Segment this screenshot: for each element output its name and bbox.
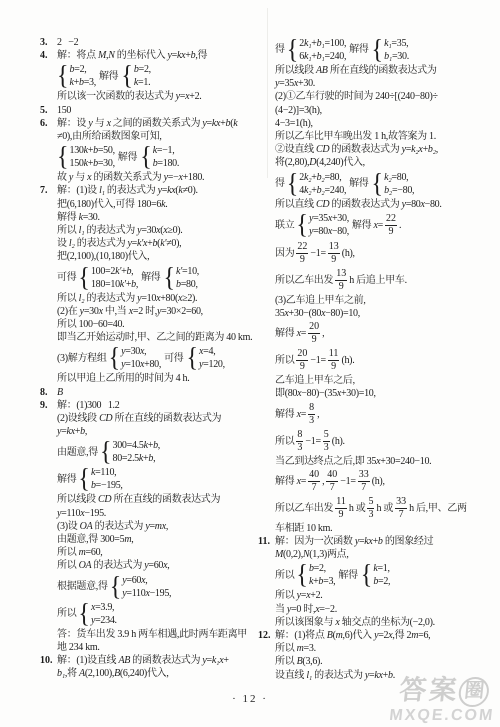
- watermark-char: 答: [398, 675, 431, 705]
- solution-line: 根据题意,得{y=60x,y=110x−195,: [57, 574, 254, 600]
- solution-line: 所以甲追上乙所用的时间为 4 h.: [57, 372, 254, 385]
- solution-line: 6.解：设 y 与 x 之间的函数关系式为 y=kx+b(k: [57, 117, 254, 130]
- left-brace-icon: {: [57, 143, 69, 171]
- fraction: 229: [385, 214, 397, 237]
- solution-line: 所以乙车出发119h 或53h 或337h 后,甲、乙两: [275, 495, 500, 522]
- fraction: 229: [296, 242, 308, 265]
- solution-line: 车相距 10 km.: [275, 522, 500, 535]
- solution-line: 35x+30−(80x−80)=10,: [275, 307, 500, 320]
- solution-line: 所以 100−60=40.: [57, 318, 254, 331]
- equation-system: 得{2k₁+b₁=100,6k₁+b₁=240,解得{k₁=35,b₁=30.: [275, 37, 409, 63]
- solution-line: 因为229−1=139(h),: [275, 240, 500, 267]
- left-brace-icon: {: [57, 63, 69, 91]
- left-brace-icon: {: [109, 345, 121, 373]
- equation-system: 所以{x=3.9,y=234.: [57, 601, 117, 627]
- item-number: 10.: [40, 654, 53, 667]
- solution-line: 12.解：(1)将点 B(m,6)代入 y=2x,得 2m=6,: [275, 629, 500, 642]
- solution-line: 所以83−1=53(h).: [275, 428, 500, 455]
- fraction: 53: [323, 430, 330, 453]
- answer-item: 得{2k₁+b₁=100,6k₁+b₁=240,解得{k₁=35,b₁=30.所…: [258, 37, 500, 535]
- solution-line: 乙车追上甲车之后,: [275, 374, 500, 387]
- item-number: 4.: [40, 49, 48, 62]
- equation-system: 得{2k₂+b₂=80,4k₂+b₂=240,解得{k₂=80,b₂=−80,: [275, 171, 414, 197]
- fraction: 209: [308, 322, 320, 345]
- fraction: 139: [328, 242, 340, 265]
- fraction: 337: [395, 497, 407, 520]
- left-brace-icon: {: [110, 573, 122, 601]
- item-number: 3.: [40, 36, 48, 49]
- solution-line: 所以209−1=119(h).: [275, 347, 500, 374]
- solution-line: 由题意,得 300=5m,: [57, 533, 254, 546]
- item-number: 9.: [40, 399, 48, 412]
- solution-line: 10.解：(1)设直线 AB 的函数表达式为 y=k₁x+: [57, 654, 254, 667]
- solution-line: 由题意,得{300=4.5k+b,80=2.5k+b,: [57, 439, 254, 465]
- solution-line: 所以{b=2,k+b=3,解得{k=1,b=2,: [275, 562, 500, 588]
- item-number: 12.: [258, 629, 271, 642]
- left-brace-icon: {: [78, 600, 90, 628]
- answer-item: 12.解：(1)将点 B(m,6)代入 y=2x,得 2m=6,所以 m=3.所…: [258, 629, 500, 682]
- answer-item: 5.150: [40, 104, 254, 117]
- solution-line: 解得 x=407,407−1=337(h),: [275, 468, 500, 495]
- solution-line: 地 234 km.: [57, 641, 254, 654]
- watermark: 答案圈 MXQE.COM: [388, 675, 498, 725]
- solution-line: 故 y 与 x 的函数关系式为 y=−x+180.: [57, 171, 254, 184]
- page-number: · 12 ·: [232, 693, 268, 705]
- equation-system: 解得{k=110,b=−195,: [57, 466, 123, 492]
- answer-item: 3.2 −2: [40, 36, 254, 49]
- solution-line: ②设直线 CD 的函数表达式为 y=k₂x+b₂,: [275, 143, 500, 156]
- solution-line: 所以 B(3,6).: [275, 655, 500, 668]
- page: 3.2 −24.解：将点 M,N 的坐标代入 y=kx+b,得{b=2,k+b=…: [0, 0, 500, 727]
- solution-line: {130k+b=50,150k+b=30,解得{k=−1,b=180.: [57, 144, 254, 170]
- equation-system: 根据题意,得{y=60x,y=110x−195,: [57, 574, 171, 600]
- solution-line: 所以 y=x+2.: [275, 589, 500, 602]
- solution-line: ≠0),由所给函数图象可知,: [57, 130, 254, 143]
- fraction: 53: [367, 497, 374, 520]
- solution-line: b₁,将 A(2,100),B(6,240)代入,: [57, 667, 254, 680]
- solution-line: 联立{y=35x+30,y=80x−80,解得 x=229.: [275, 212, 500, 239]
- solution-line: M(0,2),N(1,3)两点,: [275, 548, 500, 561]
- solution-line: 所以直线 CD 的函数表达式为 y=80x−80.: [275, 198, 500, 211]
- solution-line: 9.解：(1)300 1.2: [57, 399, 254, 412]
- item-number: 7.: [40, 184, 48, 197]
- equation-system: 联立{y=35x+30,y=80x−80,解得 x=229.: [275, 212, 404, 239]
- solution-line: 解得 x=209,: [275, 320, 500, 347]
- equation-system: {130k+b=50,150k+b=30,解得{k=−1,b=180.: [57, 144, 179, 170]
- solution-line: 把(6,180)代入,可得 180=6k.: [57, 198, 254, 211]
- left-brace-icon: {: [287, 170, 299, 198]
- equation-system: {b=2,k+b=3,解得{b=2,k=1.: [57, 63, 151, 89]
- solution-line: 所以 l₂ 的表达式为 y=10x+80(x≥2).: [57, 292, 254, 305]
- left-brace-icon: {: [186, 345, 198, 373]
- solution-line: 所以{x=3.9,y=234.: [57, 601, 254, 627]
- left-brace-icon: {: [372, 170, 384, 198]
- left-brace-icon: {: [78, 264, 90, 292]
- solution-line: 所以该一次函数的表达式为 y=x+2.: [57, 90, 254, 103]
- fraction: 119: [335, 497, 347, 520]
- solution-line: 所以 OA 的表达式为 y=60x,: [57, 559, 254, 572]
- fraction: 83: [296, 430, 303, 453]
- column-right: 得{2k₁+b₁=100,6k₁+b₁=240,解得{k₁=35,b₁=30.所…: [258, 36, 500, 682]
- fraction: 119: [328, 349, 340, 372]
- left-brace-icon: {: [121, 63, 133, 91]
- left-brace-icon: {: [100, 439, 112, 467]
- left-brace-icon: {: [296, 562, 308, 590]
- solution-line: {b=2,k+b=3,解得{b=2,k=1.: [57, 63, 254, 89]
- answer-item: 6.解：设 y 与 x 之间的函数关系式为 y=kx+b(k≠0),由所给函数图…: [40, 117, 254, 185]
- solution-line: (3)解方程组{y=30x,y=10x+80,可得{x=4,y=120,: [57, 345, 254, 371]
- answer-item: 11.解：因为一次函数 y=kx+b 的图象经过M(0,2),N(1,3)两点,…: [258, 535, 500, 629]
- solution-line: 当 y=0 时,x=−2.: [275, 603, 500, 616]
- left-brace-icon: {: [163, 264, 175, 292]
- solution-line: y=110x−195.: [57, 507, 254, 520]
- solution-line: 4−3=1(h),: [275, 117, 500, 130]
- solution-line: 所以 m=3.: [275, 642, 500, 655]
- fraction: 407: [326, 470, 338, 493]
- solution-line: 4.解：将点 M,N 的坐标代入 y=kx+b,得: [57, 49, 254, 62]
- fraction: 407: [308, 470, 320, 493]
- solution-line: 所以乙车出发139h 后追上甲车.: [275, 267, 500, 294]
- solution-line: (3)乙车追上甲车之前,: [275, 294, 500, 307]
- solution-line: (3)设 OA 的表达式为 y=mx,: [57, 520, 254, 533]
- solution-line: 所以乙车比甲车晚出发 1 h,故答案为 1.: [275, 130, 500, 143]
- equation-system: 所以{b=2,k+b=3,解得{k=1,b=2,: [275, 562, 390, 588]
- solution-line: 设 l₂ 的表达式为 y=k′x+b(k′≠0),: [57, 237, 254, 250]
- solution-line: 所以 l₁ 的表达式为 y=30x(x≥0).: [57, 224, 254, 237]
- left-brace-icon: {: [296, 212, 308, 240]
- solution-line: 把(2,100),(10,180)代入,: [57, 250, 254, 263]
- solution-line: (2)在 y=30x 中,当 x=2 时,y=30×2=60,: [57, 305, 254, 318]
- solution-line: 3.2 −2: [57, 36, 254, 49]
- solution-line: 即(80x−80)−(35x+30)=10,: [275, 387, 500, 400]
- equation-system: 可得{100=2k′+b,180=10k′+b,解得{k′=10,b=80,: [57, 265, 199, 291]
- watermark-text: 答案圈: [390, 675, 498, 707]
- solution-line: 将(2,80),D(4,240)代入,: [275, 156, 500, 169]
- answer-item: 9.解：(1)300 1.2(2)设线段 CD 所在直线的函数表达式为y=kx+…: [40, 399, 254, 654]
- solution-line: 当乙到达终点之后,即 35x+30=240−10.: [275, 455, 500, 468]
- column-left: 3.2 −24.解：将点 M,N 的坐标代入 y=kx+b,得{b=2,k+b=…: [40, 36, 254, 681]
- solution-line: (4−2)]=3(h),: [275, 104, 500, 117]
- answer-item: 10.解：(1)设直线 AB 的函数表达式为 y=k₁x+b₁,将 A(2,10…: [40, 654, 254, 680]
- item-number: 5.: [40, 104, 48, 117]
- solution-line: 7.解：(1)设 l₁ 的表达式为 y=kx(k≠0).: [57, 184, 254, 197]
- watermark-char-circled: 圈: [458, 677, 491, 707]
- answer-item: 4.解：将点 M,N 的坐标代入 y=kx+b,得{b=2,k+b=3,解得{b…: [40, 49, 254, 103]
- solution-line: y=35x+30.: [275, 77, 500, 90]
- item-number: 11.: [258, 535, 270, 548]
- solution-line: 8.B: [57, 386, 254, 399]
- item-number: 8.: [40, 386, 48, 399]
- answer-item: 8.B: [40, 386, 254, 399]
- solution-line: 答：货车出发 3.9 h 两车相遇,此时两车距离甲: [57, 628, 254, 641]
- left-brace-icon: {: [140, 143, 152, 171]
- left-brace-icon: {: [361, 562, 373, 590]
- fraction: 83: [308, 403, 315, 426]
- left-brace-icon: {: [78, 466, 90, 494]
- solution-line: 11.解：因为一次函数 y=kx+b 的图象经过: [275, 535, 500, 548]
- solution-line: 5.150: [57, 104, 254, 117]
- solution-line: (2)①乙车行驶的时间为 240÷[(240−80)÷: [275, 90, 500, 103]
- equation-system: (3)解方程组{y=30x,y=10x+80,可得{x=4,y=120,: [57, 345, 225, 371]
- fraction: 139: [335, 269, 347, 292]
- solution-line: 所以线段 CD 所在直线的函数表达式为: [57, 493, 254, 506]
- solution-line: 所以 m=60,: [57, 546, 254, 559]
- solution-line: 所以该图象与 x 轴交点的坐标为(−2,0).: [275, 616, 500, 629]
- item-number: 6.: [40, 117, 48, 130]
- solution-line: 可得{100=2k′+b,180=10k′+b,解得{k′=10,b=80,: [57, 265, 254, 291]
- solution-line: 解得 x=83,: [275, 401, 500, 428]
- watermark-site: MXQE.COM: [388, 707, 495, 725]
- left-brace-icon: {: [287, 36, 299, 64]
- solution-line: (2)设线段 CD 所在直线的函数表达式为: [57, 412, 254, 425]
- solution-line: 得{2k₁+b₁=100,6k₁+b₁=240,解得{k₁=35,b₁=30.: [275, 37, 500, 63]
- fraction: 209: [296, 349, 308, 372]
- solution-line: 得{2k₂+b₂=80,4k₂+b₂=240,解得{k₂=80,b₂=−80,: [275, 171, 500, 197]
- left-brace-icon: {: [372, 36, 384, 64]
- watermark-char: 案: [428, 675, 461, 705]
- fraction: 337: [358, 470, 370, 493]
- solution-line: 解得{k=110,b=−195,: [57, 466, 254, 492]
- equation-system: 由题意,得{300=4.5k+b,80=2.5k+b,: [57, 439, 160, 465]
- answer-item: 7.解：(1)设 l₁ 的表达式为 y=kx(k≠0).把(6,180)代入,可…: [40, 184, 254, 385]
- solution-line: 所以线段 AB 所在直线的函数表达式为: [275, 64, 500, 77]
- solution-line: y=kx+b,: [57, 425, 254, 438]
- solution-line: 解得 k=30.: [57, 211, 254, 224]
- solution-line: 即当乙开始运动时,甲、乙之间的距离为 40 km.: [57, 331, 254, 344]
